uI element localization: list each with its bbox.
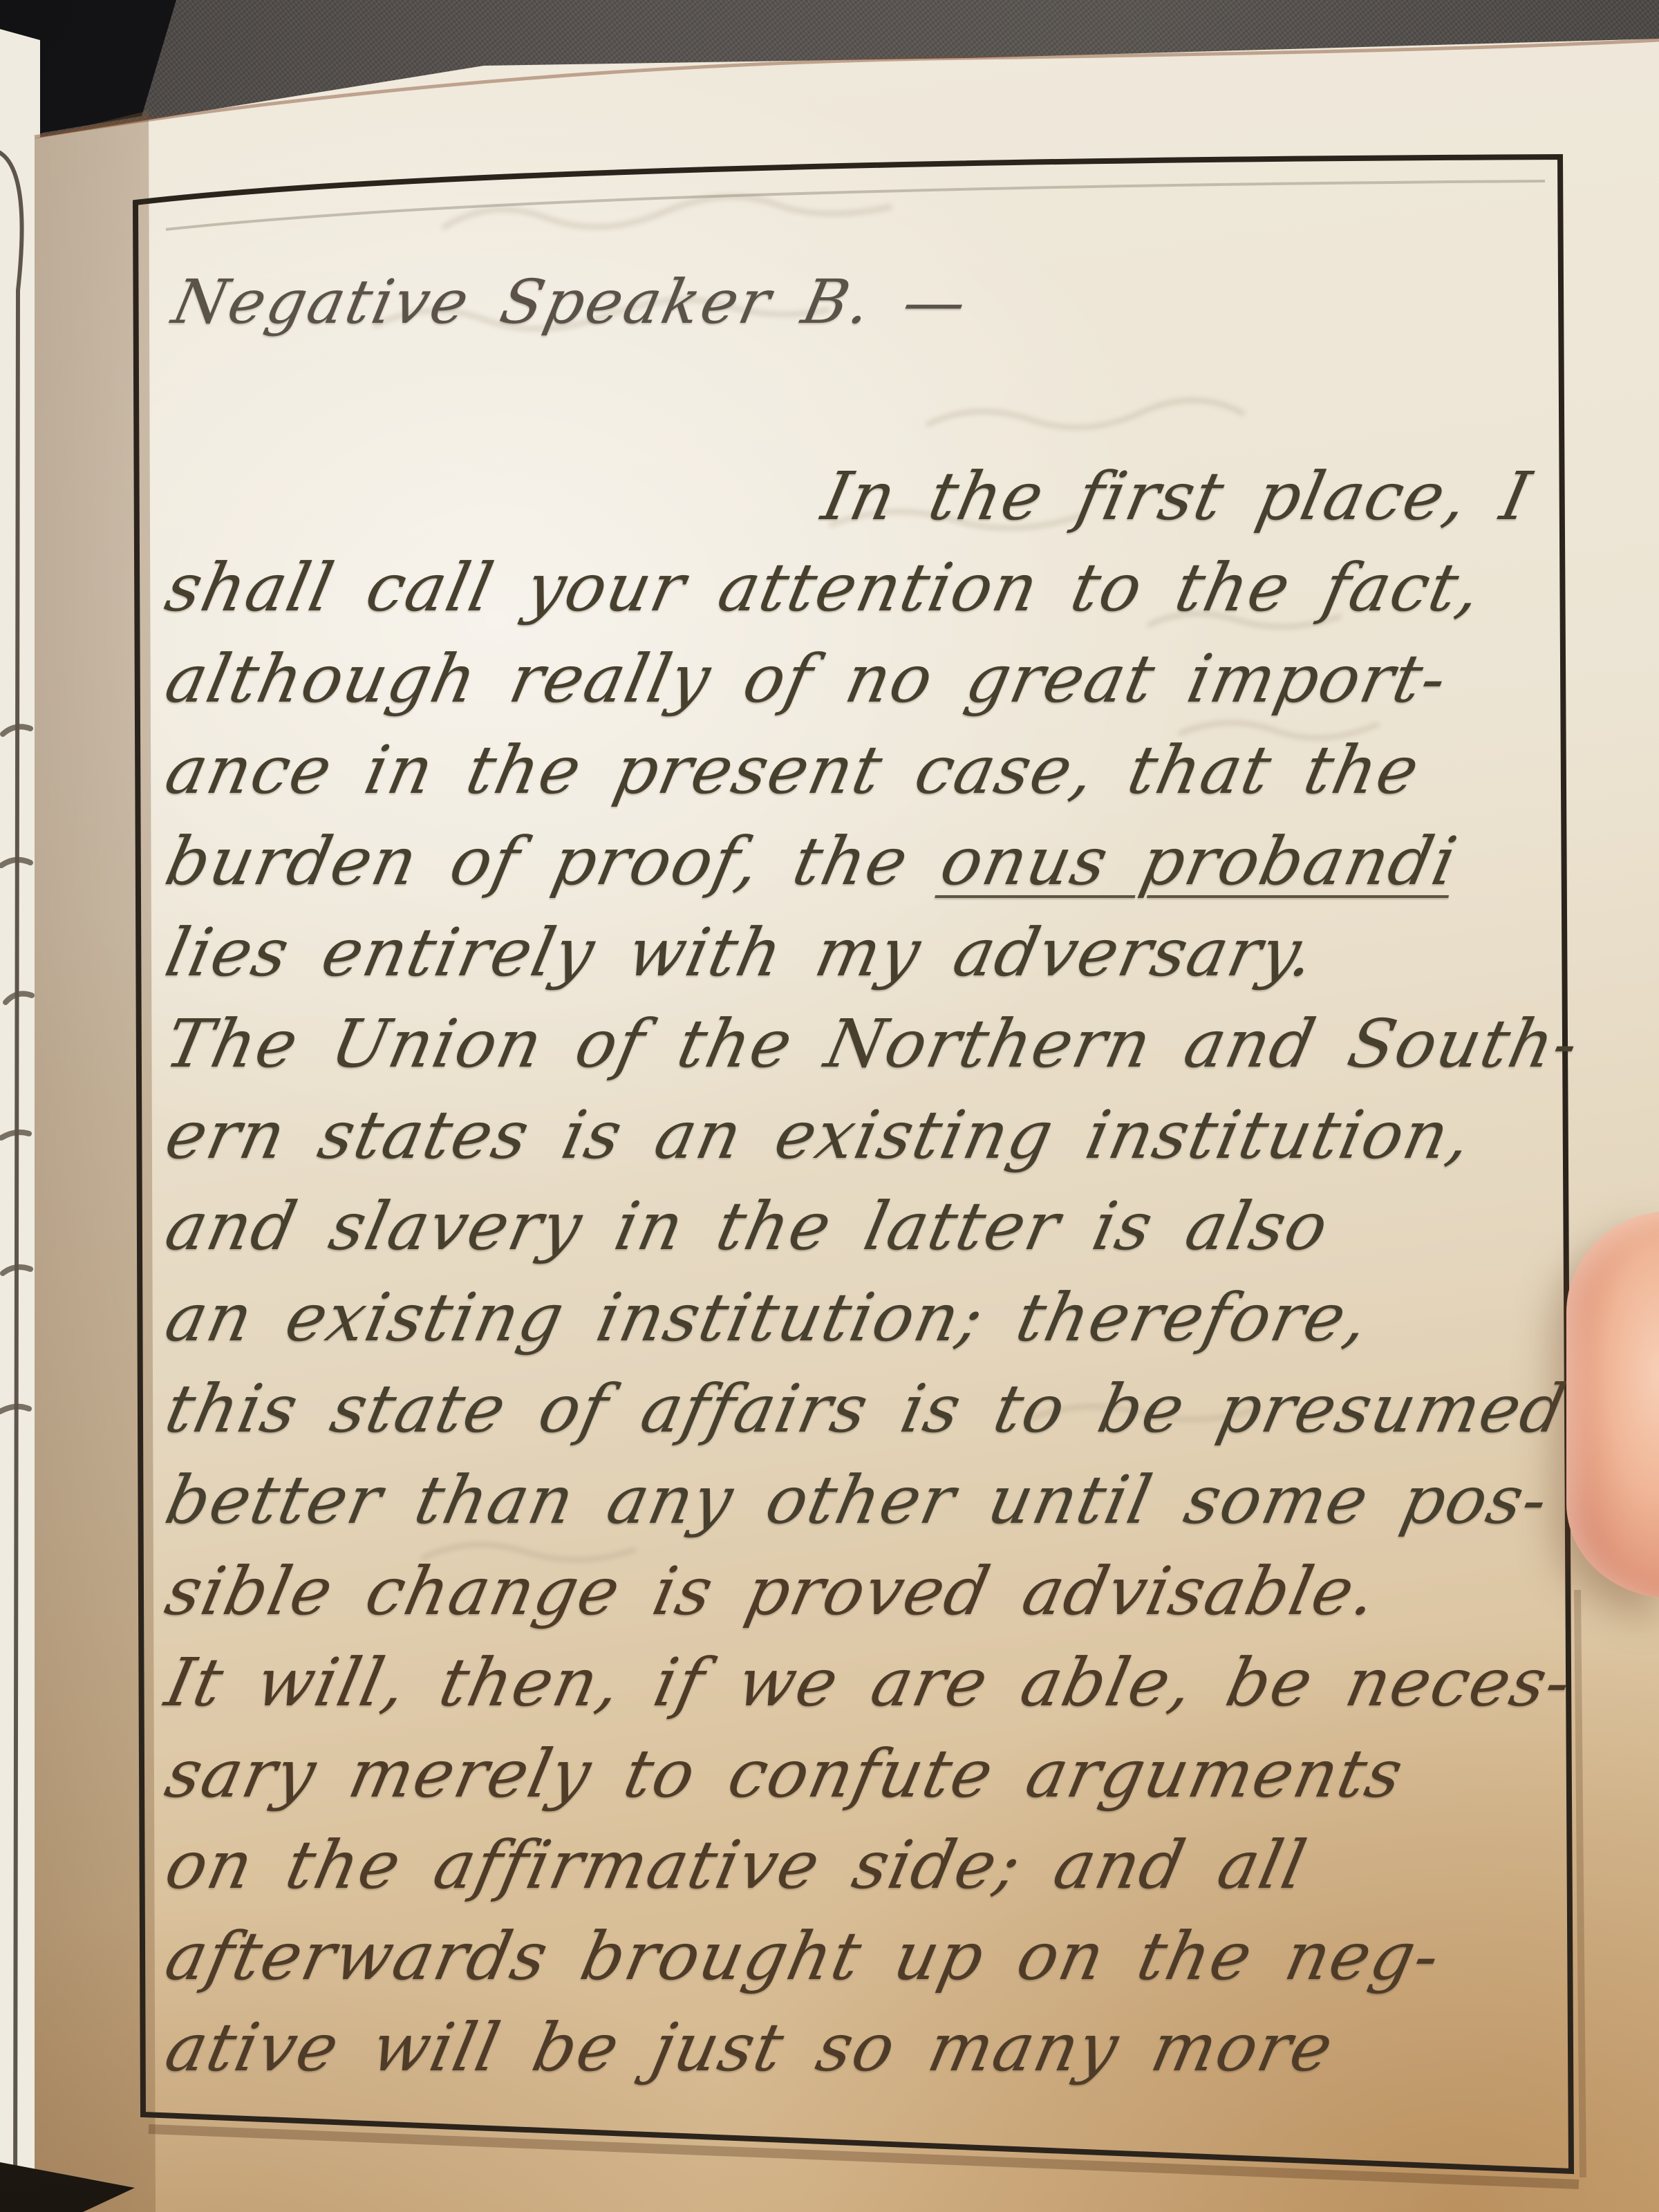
manuscript-photo: Negative Speaker B. — In the first place…: [0, 0, 1659, 2212]
page-heading: Negative Speaker B. —: [165, 257, 977, 347]
manuscript-line: shall call your attention to the fact,: [158, 542, 1588, 633]
manuscript-line: on the affirmative side; and all: [158, 1819, 1588, 1911]
manuscript-line: sary merely to confute arguments: [158, 1728, 1588, 1819]
manuscript-line: The Union of the Northern and South-: [158, 998, 1588, 1089]
manuscript-line: In the first place, I: [158, 451, 1588, 542]
manuscript-line: this state of affairs is to be presumed: [158, 1363, 1588, 1454]
manuscript-body: In the first place, I shall call your at…: [158, 451, 1568, 2093]
manuscript-line: burden of proof, the onus probandi: [158, 816, 1588, 907]
manuscript-line: It will, then, if we are able, be neces-: [158, 1637, 1588, 1728]
left-page-border-line: [0, 151, 22, 2212]
manuscript-line: ative will be just so many more: [158, 2002, 1588, 2093]
manuscript-line: better than any other until some pos-: [158, 1454, 1588, 1546]
frame-ghost-line: [166, 181, 1545, 229]
finger: [1566, 1211, 1659, 1598]
manuscript-line: ance in the present case, that the: [158, 724, 1588, 816]
page-top-edge: [35, 40, 1659, 137]
manuscript-line: afterwards brought up on the neg-: [158, 1911, 1588, 2002]
line-text: burden of proof, the: [159, 823, 950, 900]
manuscript-line: lies entirely with my adversary.: [158, 907, 1588, 998]
manuscript-line: sible change is proved advisable.: [158, 1546, 1588, 1637]
manuscript-line: ern states is an existing institution,: [158, 1089, 1588, 1181]
underlined-latin-phrase: onus probandi: [935, 823, 1465, 900]
manuscript-line: an existing institution; therefore,: [158, 1272, 1588, 1363]
manuscript-line: and slavery in the latter is also: [158, 1181, 1588, 1272]
manuscript-line: although really of no great import-: [158, 633, 1588, 724]
